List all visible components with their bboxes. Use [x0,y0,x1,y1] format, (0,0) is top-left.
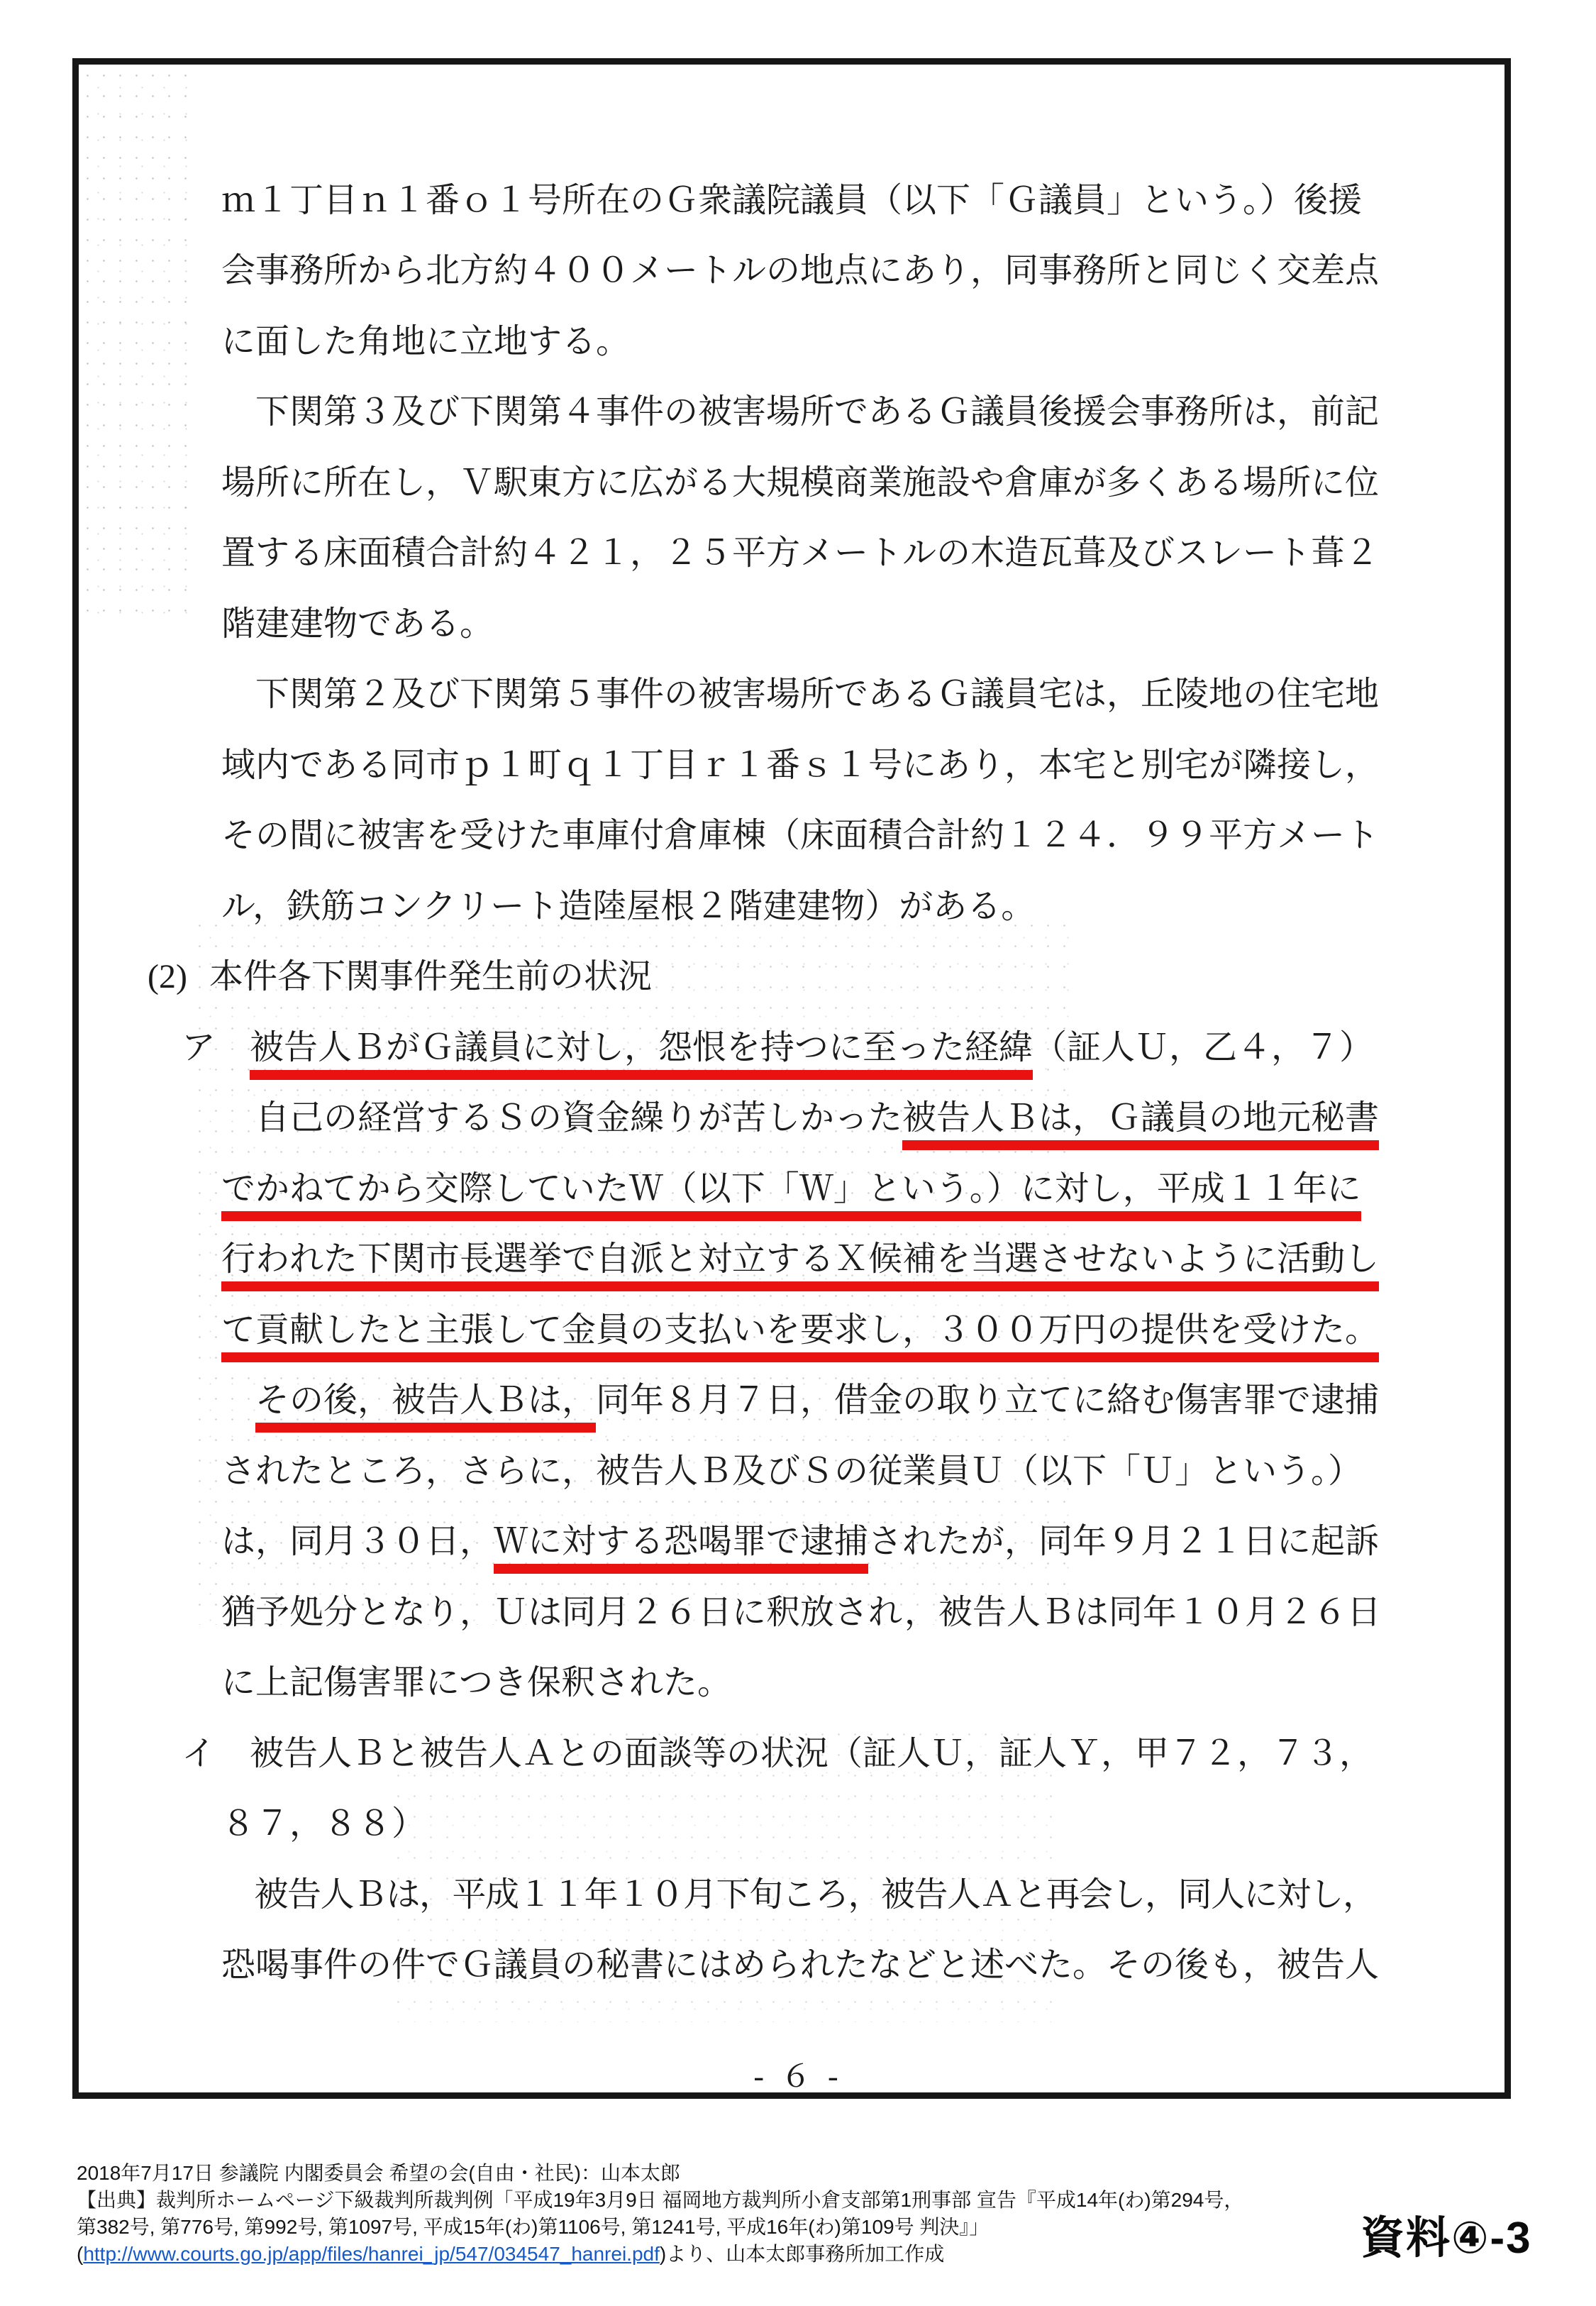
text-segment: 階建建物である。 [221,605,494,643]
text-line: 下関第３及び下関第４事件の被害場所であるＧ議員後援会事務所は，前記 [221,391,1379,435]
text-segment: 同年８月７日，借金の取り立てに絡む傷害罪で逮捕 [596,1381,1379,1419]
text-line: 域内である同市ｐ１町ｑ１丁目ｒ１番ｓ１号にあり，本宅と別宅が隣接し， [221,744,1379,788]
text-line: その間に被害を受けた車庫付倉庫棟（床面積合計約１２４．９９平方メート [221,815,1379,859]
text-line: 置する床面積合計約４２１，２５平方メートルの木造瓦葺及びスレート葺２ [221,532,1379,576]
footer-source-line-2: 第382号, 第776号, 第992号, 第1097号, 平成15年(わ)第11… [77,2215,989,2239]
red-underlined-text: 被告人Ｂは，Ｇ議員の地元秘書 [902,1099,1379,1150]
text-line: ア被告人ＢがＧ議員に対し，怨恨を持つに至った経緯（証人Ｕ，乙４，７） [250,1027,1373,1071]
red-underlined-text: て貢献したと主張して金員の支払いを要求し，３００万円の提供を受けた。 [221,1311,1379,1362]
source-url-link[interactable]: http://www.courts.go.jp/app/files/hanrei… [83,2243,660,2265]
text-segment: 被告人Ｂは，平成１１年１０月下旬ころ，被告人Ａと再会し，同人に対し， [221,1876,1376,1914]
text-segment: 自己の経営するＳの資金繰りが苦しかった [221,1099,902,1137]
footer-source-line-1: 【出典】裁判所ホームページ下級裁判所裁判例「平成19年3月9日 福岡地方裁判所小… [77,2188,1243,2212]
text-line: されたところ，さらに，被告人Ｂ及びＳの従業員Ｕ（以下「Ｕ」という。） [221,1450,1362,1494]
red-underlined-text: 行われた下関市長選挙で自派と対立するＸ候補を当選させないように活動し [221,1240,1379,1291]
red-underlined-text: 被告人ＢがＧ議員に対し，怨恨を持つに至った経緯 [250,1029,1033,1080]
text-line: に面した角地に立地する。 [221,321,630,365]
scanned-document-page: ｍ１丁目ｎ１番ｏ１号所在のＧ衆議院議員（以下「Ｇ議員」という。）後援会事務所から… [0,0,1596,2306]
footer-session-line: 2018年7月17日 参議院 内閣委員会 希望の会(自由・社民)：山本太郎 [77,2161,680,2185]
page-number: - ６ - [0,2051,1596,2096]
item-marker: ア [182,1027,216,1069]
text-line: は，同月３０日，Ｗに対する恐喝罪で逮捕されたが，同年９月２１日に起訴 [221,1521,1379,1565]
text-line: 自己の経営するＳの資金繰りが苦しかった被告人Ｂは，Ｇ議員の地元秘書 [221,1097,1379,1141]
text-segment: されたところ，さらに，被告人Ｂ及びＳの従業員Ｕ（以下「Ｕ」という。） [221,1452,1362,1490]
text-line: 被告人Ｂは，平成１１年１０月下旬ころ，被告人Ａと再会し，同人に対し， [221,1874,1376,1918]
text-segment: ｍ１丁目ｎ１番ｏ１号所在のＧ衆議院議員（以下「Ｇ議員」という。）後援 [221,182,1362,219]
text-segment [221,1381,255,1419]
text-segment: （証人Ｕ，乙４，７） [1033,1029,1373,1066]
text-line: 恐喝事件の件でＧ議員の秘書にはめられたなどと述べた。その後も，被告人 [221,1944,1379,1988]
text-line: 猶予処分となり，Ｕは同月２６日に釈放され，被告人Ｂは同年１０月２６日 [221,1591,1381,1635]
text-segment: されたが，同年９月２１日に起訴 [868,1523,1379,1560]
text-segment: 置する床面積合計約４２１，２５平方メートルの木造瓦葺及びスレート葺２ [221,534,1379,572]
reference-label: 資料④-3 [1361,2202,1532,2266]
text-segment: 下関第３及び下関第４事件の被害場所であるＧ議員後援会事務所は，前記 [221,393,1379,431]
text-line: でかねてから交際していたＷ（以下「Ｗ」という。）に対し，平成１１年に [221,1168,1361,1212]
text-segment: 下関第２及び下関第５事件の被害場所であるＧ議員宅は，丘陵地の住宅地 [221,675,1379,713]
text-line: その後，被告人Ｂは，同年８月７日，借金の取り立てに絡む傷害罪で逮捕 [221,1379,1379,1423]
text-line: ｍ１丁目ｎ１番ｏ１号所在のＧ衆議院議員（以下「Ｇ議員」という。）後援 [221,180,1362,224]
footer-url-open-paren: ( [77,2243,83,2265]
text-segment: ８７，８８） [221,1805,426,1843]
text-line: て貢献したと主張して金員の支払いを要求し，３００万円の提供を受けた。 [221,1309,1379,1353]
text-line: 階建建物である。 [221,603,494,647]
text-line: ８７，８８） [221,1803,426,1847]
text-line: イ被告人Ｂと被告人Ａとの面談等の状況（証人Ｕ，証人Ｙ，甲７２，７３， [250,1733,1373,1777]
text-line: ル，鉄筋コンクリート造陸屋根２階建建物）がある。 [221,886,1035,929]
red-underlined-text: でかねてから交際していたＷ（以下「Ｗ」という。）に対し，平成１１年に [221,1170,1361,1221]
text-segment: に面した角地に立地する。 [221,323,630,360]
text-line: 会事務所から北方約４００メートルの地点にあり，同事務所と同じく交差点 [221,250,1379,294]
text-line: 下関第２及び下関第５事件の被害場所であるＧ議員宅は，丘陵地の住宅地 [221,673,1379,717]
text-segment: その間に被害を受けた車庫付倉庫棟（床面積合計約１２４．９９平方メート [221,817,1379,854]
item-marker: (2) [148,956,187,998]
text-segment: 猶予処分となり，Ｕは同月２６日に釈放され，被告人Ｂは同年１０月２６日 [221,1594,1381,1631]
text-segment: 本件各下関事件発生前の状況 [209,958,652,995]
text-line: に上記傷害罪につき保釈された。 [221,1662,731,1706]
text-line: 場所に所在し，Ｖ駅東方に広がる大規模商業施設や倉庫が多くある場所に位 [221,462,1379,506]
footer-source-line-3: (http://www.courts.go.jp/app/files/hanre… [77,2242,944,2266]
text-segment: 場所に所在し，Ｖ駅東方に広がる大規模商業施設や倉庫が多くある場所に位 [221,464,1379,502]
text-segment: ル，鉄筋コンクリート造陸屋根２階建建物）がある。 [221,888,1035,925]
red-underlined-text: Ｗに対する恐喝罪で逮捕 [494,1523,868,1574]
text-segment: は，同月３０日， [221,1523,494,1560]
text-segment: 恐喝事件の件でＧ議員の秘書にはめられたなどと述べた。その後も，被告人 [221,1946,1379,1984]
item-marker: イ [182,1733,216,1775]
footer-url-close-text: )より、山本太郎事務所加工作成 [660,2243,944,2265]
text-segment: 被告人Ｂと被告人Ａとの面談等の状況（証人Ｕ，証人Ｙ，甲７２，７３， [250,1735,1373,1772]
text-segment: 会事務所から北方約４００メートルの地点にあり，同事務所と同じく交差点 [221,252,1379,289]
text-segment: に上記傷害罪につき保釈された。 [221,1664,731,1701]
text-line: 行われた下関市長選挙で自派と対立するＸ候補を当選させないように活動し [221,1238,1379,1282]
red-underlined-text: その後，被告人Ｂは， [255,1381,596,1433]
text-line: (2)本件各下関事件発生前の状況 [209,956,652,1000]
text-segment: 域内である同市ｐ１町ｑ１丁目ｒ１番ｓ１号にあり，本宅と別宅が隣接し， [221,746,1379,784]
